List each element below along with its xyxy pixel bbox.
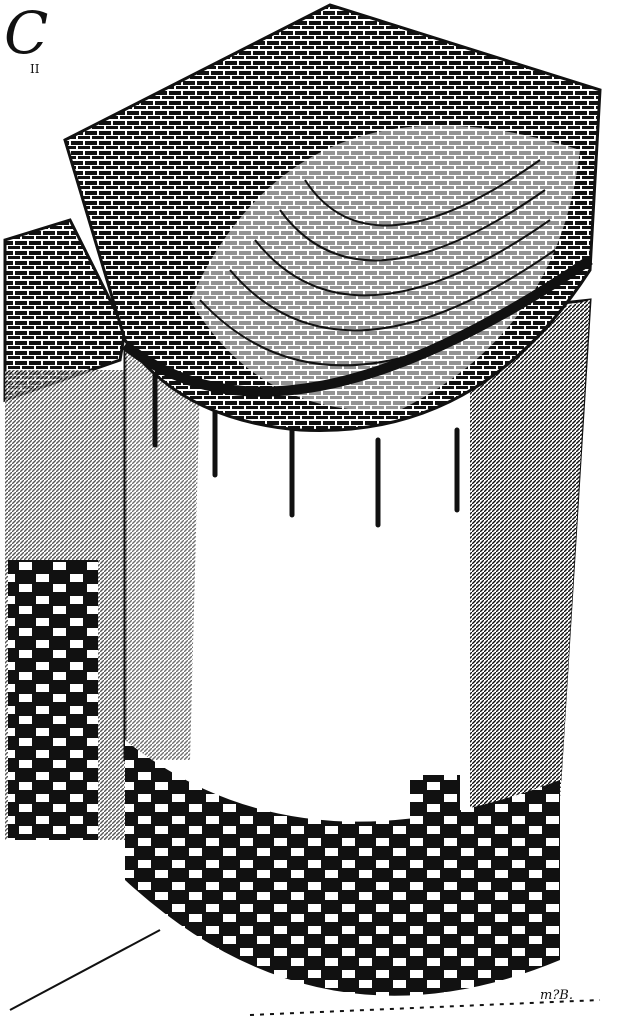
tower-drawing	[0, 0, 623, 1024]
plate-label: C	[4, 4, 48, 62]
artist-signature: m?B.	[540, 988, 573, 1003]
plate-sublabel: II	[30, 62, 39, 76]
side-building	[5, 220, 125, 840]
